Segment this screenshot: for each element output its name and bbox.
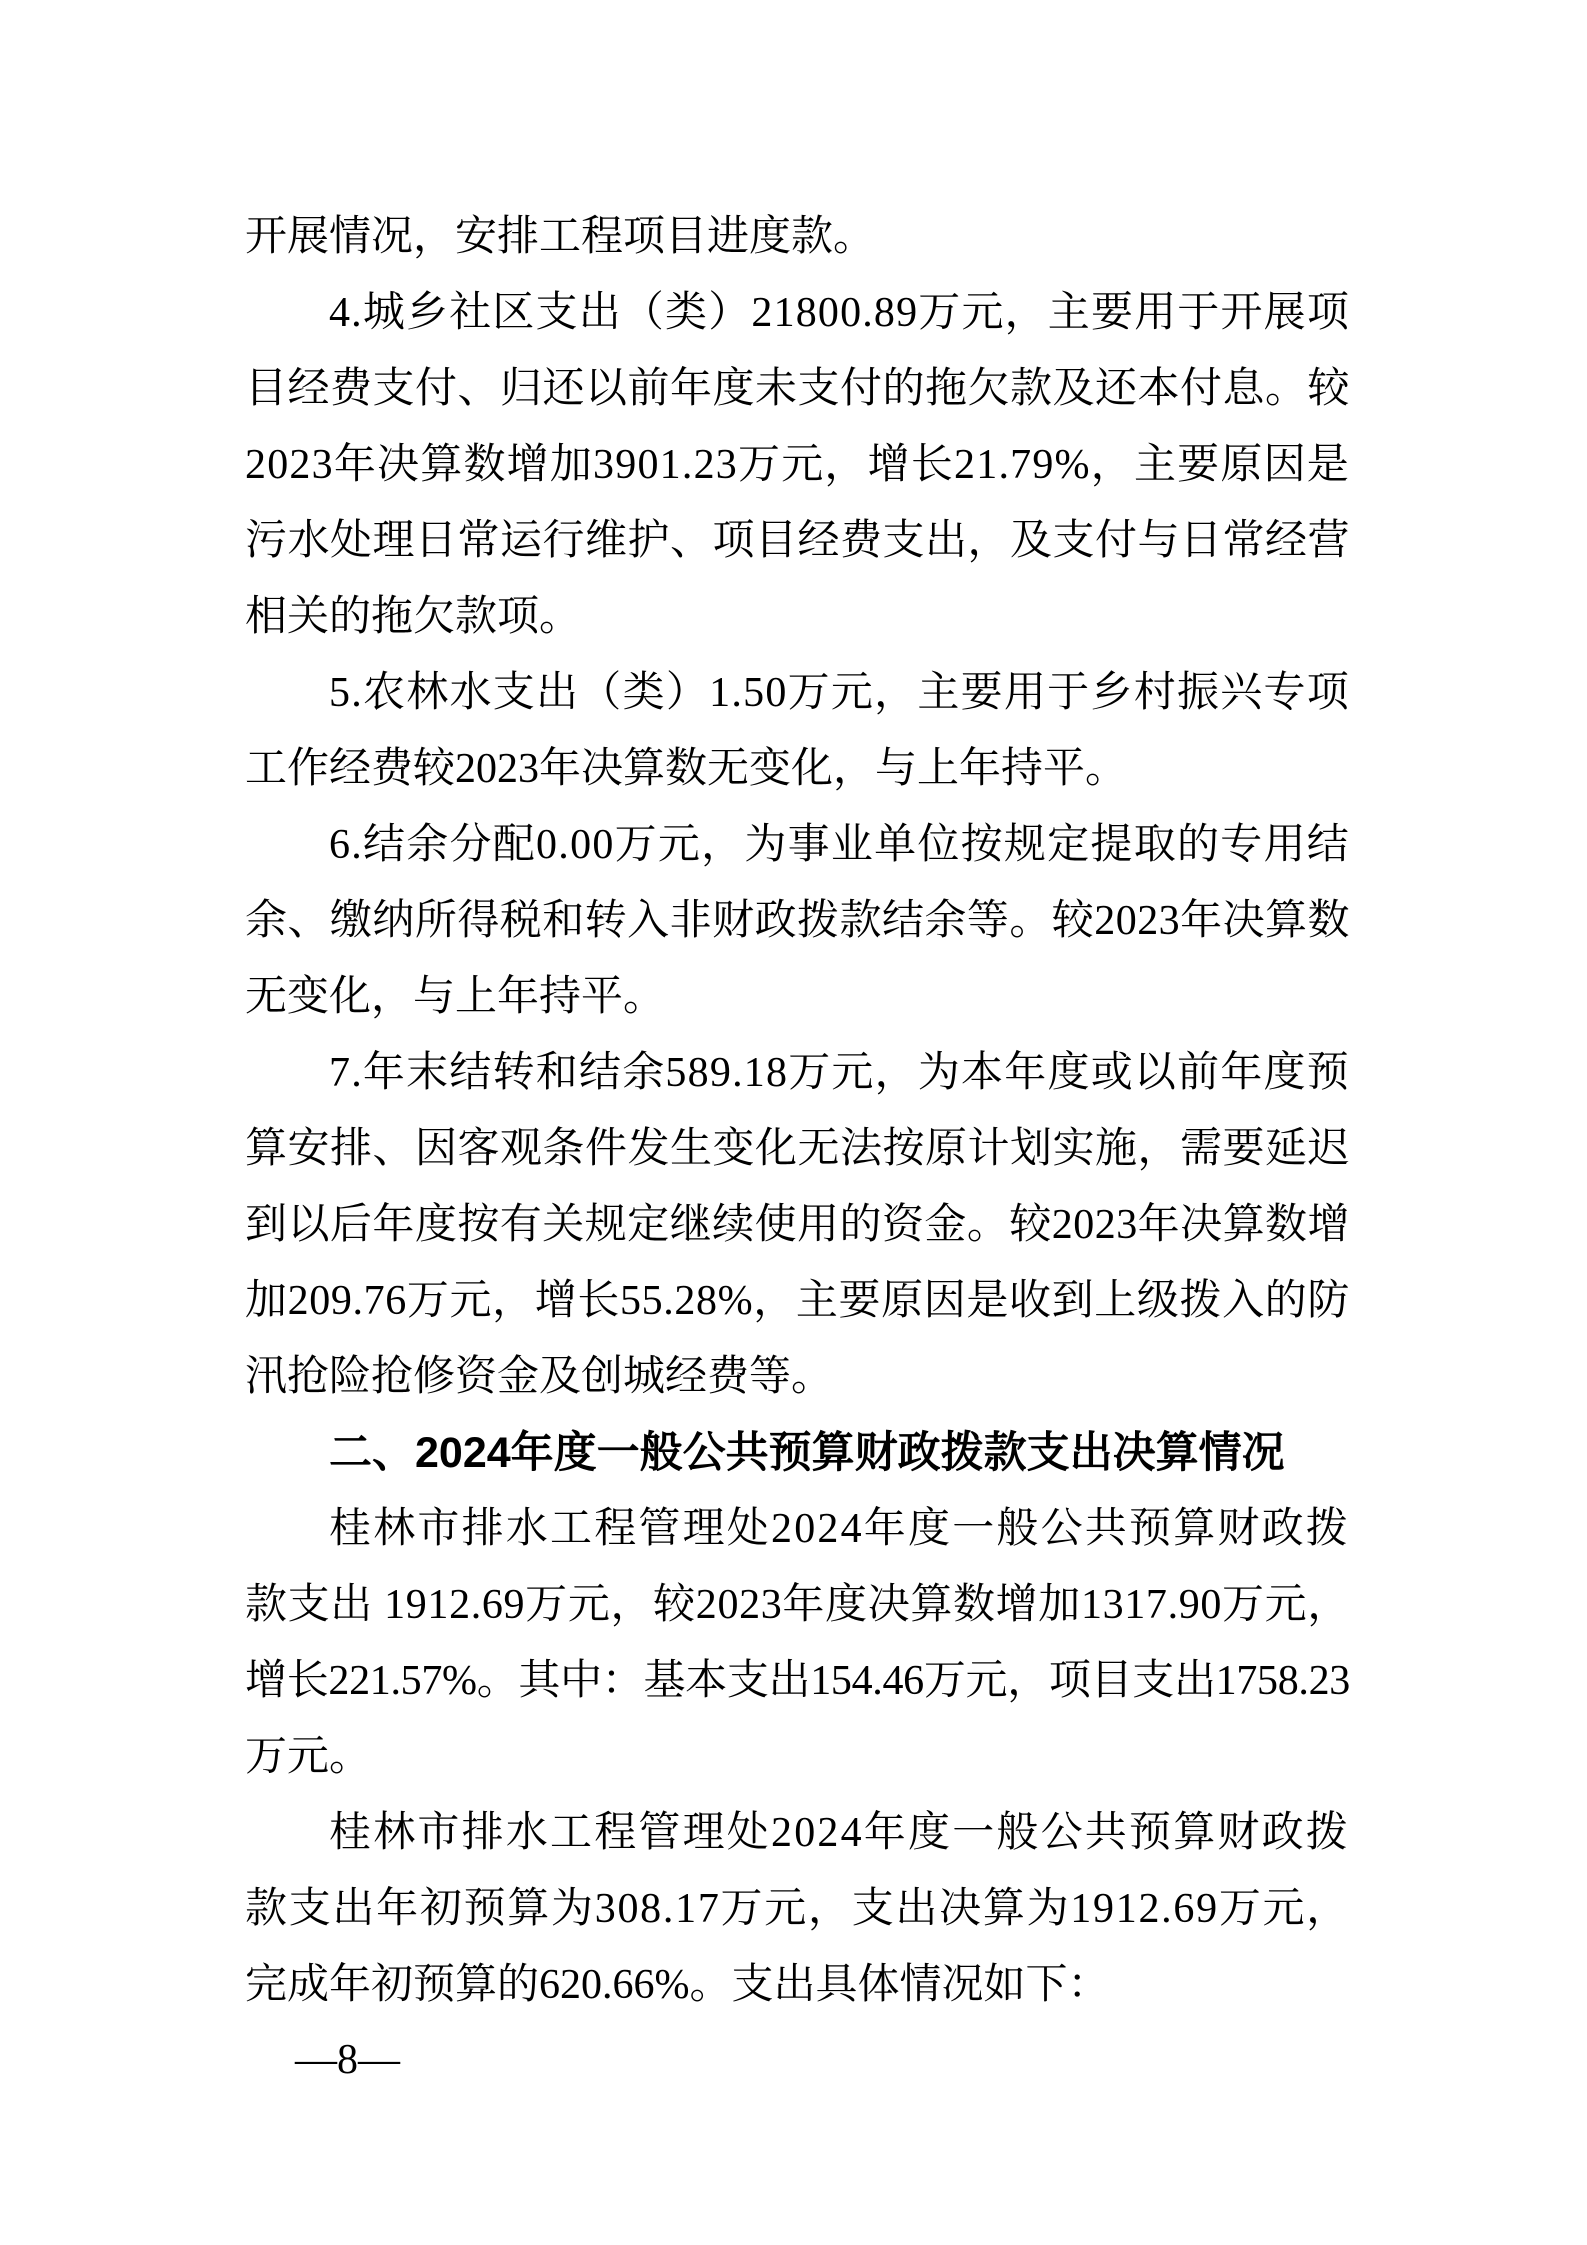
- line-text: 到以后年度按有关规定继续使用的资金。较2023年决算数增: [245, 1202, 1350, 1248]
- line-text: 目经费支付、归还以前年度未支付的拖欠款及还本付息。较: [245, 366, 1350, 412]
- line-text: 6.结余分配0.00万元，为事业单位按规定提取的专用结: [329, 822, 1350, 868]
- text-line: 万元。: [245, 1719, 1350, 1795]
- line-text: 余、缴纳所得税和转入非财政拨款结余等。较2023年决算数: [245, 898, 1350, 944]
- text-line: 算安排、因客观条件发生变化无法按原计划实施，需要延迟: [245, 1111, 1350, 1187]
- line-text: 桂林市排水工程管理处2024年度一般公共预算财政拨: [329, 1810, 1350, 1856]
- text-line: 完成年初预算的620.66%。支出具体情况如下：: [245, 1947, 1350, 2023]
- line-text: 加209.76万元，增长55.28%，主要原因是收到上级拨入的防: [245, 1278, 1350, 1324]
- text-line: 污水处理日常运行维护、项目经费支出，及支付与日常经营: [245, 503, 1350, 579]
- text-line: 5.农林水支出（类）1.50万元，主要用于乡村振兴专项: [245, 655, 1350, 731]
- line-text: 汛抢险抢修资金及创城经费等。: [245, 1354, 833, 1400]
- line-text: 增长221.57%。其中：基本支出154.46万元，项目支出1758.23: [245, 1658, 1350, 1704]
- line-text: 4.城乡社区支出（类）21800.89万元，主要用于开展项: [329, 290, 1350, 336]
- text-line: 工作经费较2023年决算数无变化，与上年持平。: [245, 731, 1350, 807]
- text-line: 汛抢险抢修资金及创城经费等。: [245, 1339, 1350, 1415]
- text-line: 款支出 1912.69万元，较2023年度决算数增加1317.90万元，: [245, 1567, 1350, 1643]
- document-page: { "body": { "lines": [ {"text": "开展情况，安排…: [0, 0, 1587, 2245]
- line-text: 相关的拖欠款项。: [245, 594, 581, 640]
- text-line: 桂林市排水工程管理处2024年度一般公共预算财政拨: [245, 1795, 1350, 1871]
- page-number: —8—: [295, 2030, 400, 2090]
- line-text: 2023年决算数增加3901.23万元，增长21.79%，主要原因是: [245, 442, 1350, 488]
- line-text: 无变化，与上年持平。: [245, 974, 665, 1020]
- text-line: 余、缴纳所得税和转入非财政拨款结余等。较2023年决算数: [245, 883, 1350, 959]
- text-line: 款支出年初预算为308.17万元，支出决算为1912.69万元，: [245, 1871, 1350, 1947]
- text-line: 4.城乡社区支出（类）21800.89万元，主要用于开展项: [245, 275, 1350, 351]
- page-number-text: —8—: [295, 2037, 400, 2083]
- text-line: 7.年末结转和结余589.18万元，为本年度或以前年度预: [245, 1035, 1350, 1111]
- line-text: 款支出年初预算为308.17万元，支出决算为1912.69万元，: [245, 1886, 1350, 1932]
- line-text: 5.农林水支出（类）1.50万元，主要用于乡村振兴专项: [329, 670, 1350, 716]
- text-line: 加209.76万元，增长55.28%，主要原因是收到上级拨入的防: [245, 1263, 1350, 1339]
- text-line: 到以后年度按有关规定继续使用的资金。较2023年决算数增: [245, 1187, 1350, 1263]
- line-text: 桂林市排水工程管理处2024年度一般公共预算财政拨: [329, 1506, 1350, 1552]
- text-line: 桂林市排水工程管理处2024年度一般公共预算财政拨: [245, 1491, 1350, 1567]
- line-text: 工作经费较2023年决算数无变化，与上年持平。: [245, 746, 1127, 792]
- section-heading-text: 二、2024年度一般公共预算财政拨款支出决算情况: [329, 1429, 1285, 1477]
- text-line: 2023年决算数增加3901.23万元，增长21.79%，主要原因是: [245, 427, 1350, 503]
- text-line: 增长221.57%。其中：基本支出154.46万元，项目支出1758.23: [245, 1643, 1350, 1719]
- text-line: 无变化，与上年持平。: [245, 959, 1350, 1035]
- text-line: 目经费支付、归还以前年度未支付的拖欠款及还本付息。较: [245, 351, 1350, 427]
- text-line: 开展情况，安排工程项目进度款。: [245, 199, 1350, 275]
- document-body: 开展情况，安排工程项目进度款。 4.城乡社区支出（类）21800.89万元，主要…: [245, 199, 1350, 2023]
- line-text: 开展情况，安排工程项目进度款。: [245, 214, 875, 260]
- line-text: 完成年初预算的620.66%。支出具体情况如下：: [245, 1962, 1110, 2008]
- line-text: 款支出 1912.69万元，较2023年度决算数增加1317.90万元，: [245, 1582, 1350, 1628]
- section-heading: 二、2024年度一般公共预算财政拨款支出决算情况: [245, 1415, 1350, 1491]
- line-text: 污水处理日常运行维护、项目经费支出，及支付与日常经营: [245, 518, 1350, 564]
- text-line: 6.结余分配0.00万元，为事业单位按规定提取的专用结: [245, 807, 1350, 883]
- text-line: 相关的拖欠款项。: [245, 579, 1350, 655]
- line-text: 7.年末结转和结余589.18万元，为本年度或以前年度预: [329, 1050, 1350, 1096]
- line-text: 算安排、因客观条件发生变化无法按原计划实施，需要延迟: [245, 1126, 1350, 1172]
- line-text: 万元。: [245, 1734, 371, 1780]
